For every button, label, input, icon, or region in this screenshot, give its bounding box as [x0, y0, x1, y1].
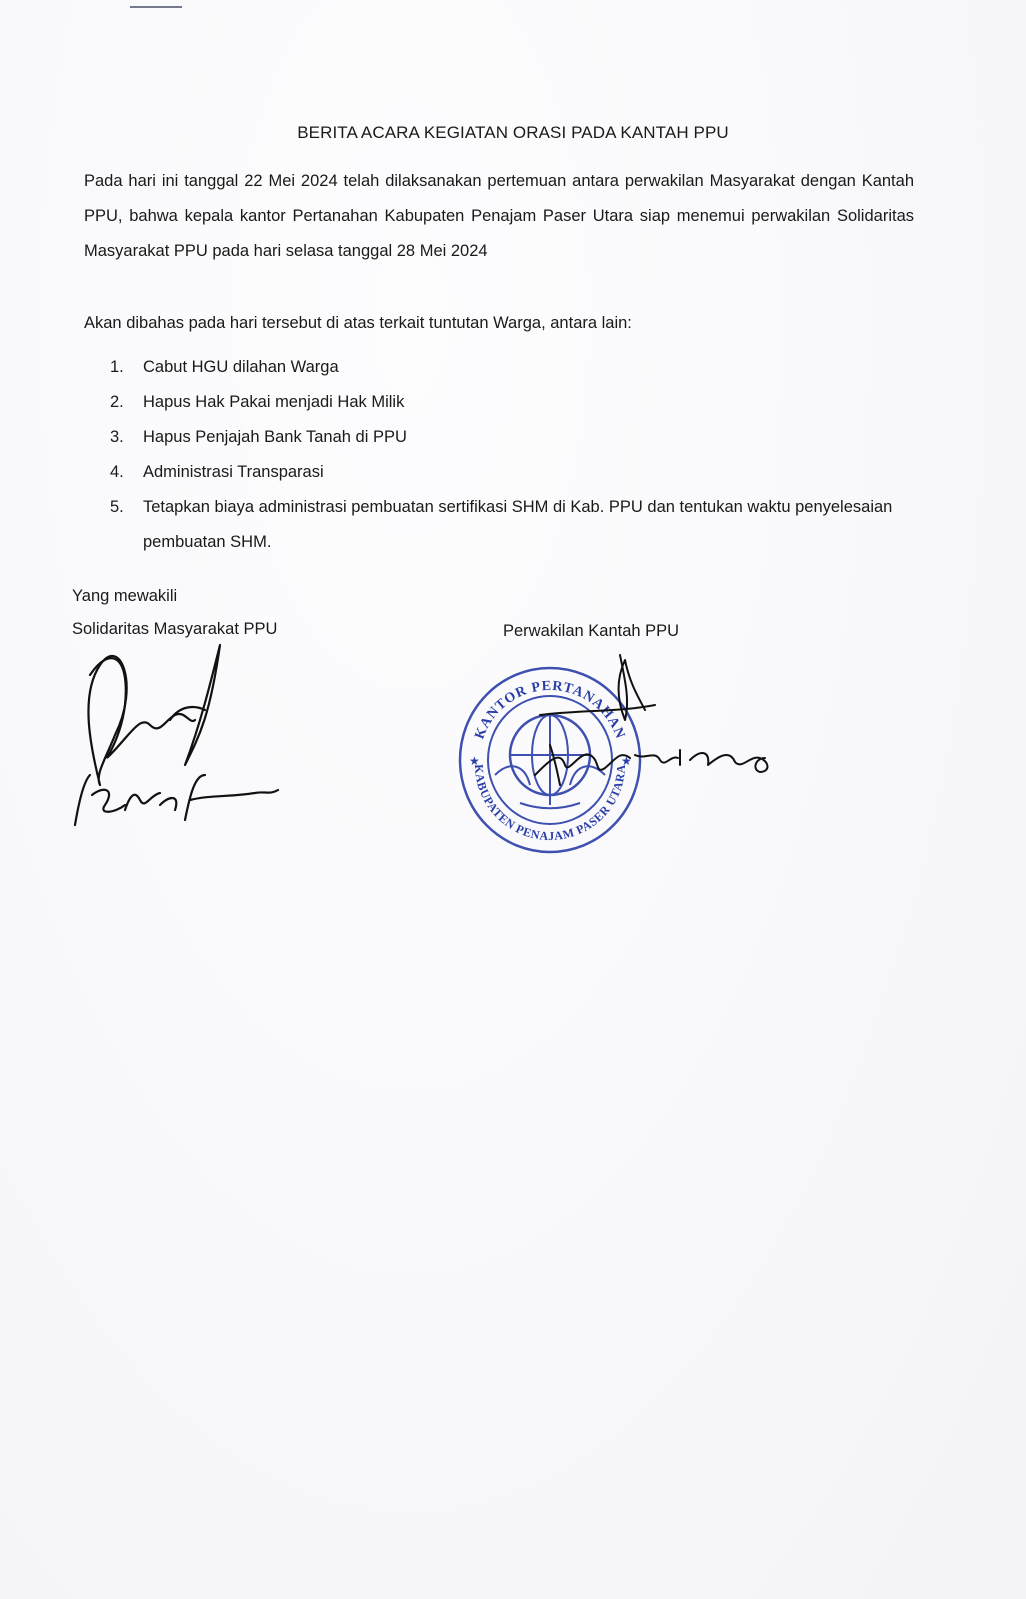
scan-mark: [130, 6, 182, 8]
opening-paragraph: Pada hari ini tanggal 22 Mei 2024 telah …: [84, 164, 914, 269]
list-item: 3.Hapus Penjajah Bank Tanah di PPU: [110, 420, 910, 455]
left-signatory-role: Yang mewakili: [72, 587, 177, 606]
right-signatory-org: Perwakilan Kantah PPU: [503, 622, 679, 641]
demands-list: 1.Cabut HGU dilahan Warga 2.Hapus Hak Pa…: [110, 350, 910, 560]
list-item: 1.Cabut HGU dilahan Warga: [110, 350, 910, 385]
document-page: BERITA ACARA KEGIATAN ORASI PADA KANTAH …: [0, 0, 1026, 1599]
list-item: 2.Hapus Hak Pakai menjadi Hak Milik: [110, 385, 910, 420]
document-title: BERITA ACARA KEGIATAN ORASI PADA KANTAH …: [0, 123, 1026, 143]
left-signature: [70, 625, 290, 835]
list-item: 5.Tetapkan biaya administrasi pembuatan …: [110, 490, 910, 560]
svg-text:★: ★: [469, 754, 480, 768]
right-signature: [480, 650, 790, 800]
demands-intro: Akan dibahas pada hari tersebut di atas …: [84, 314, 632, 333]
list-item: 4.Administrasi Transparasi: [110, 455, 910, 490]
